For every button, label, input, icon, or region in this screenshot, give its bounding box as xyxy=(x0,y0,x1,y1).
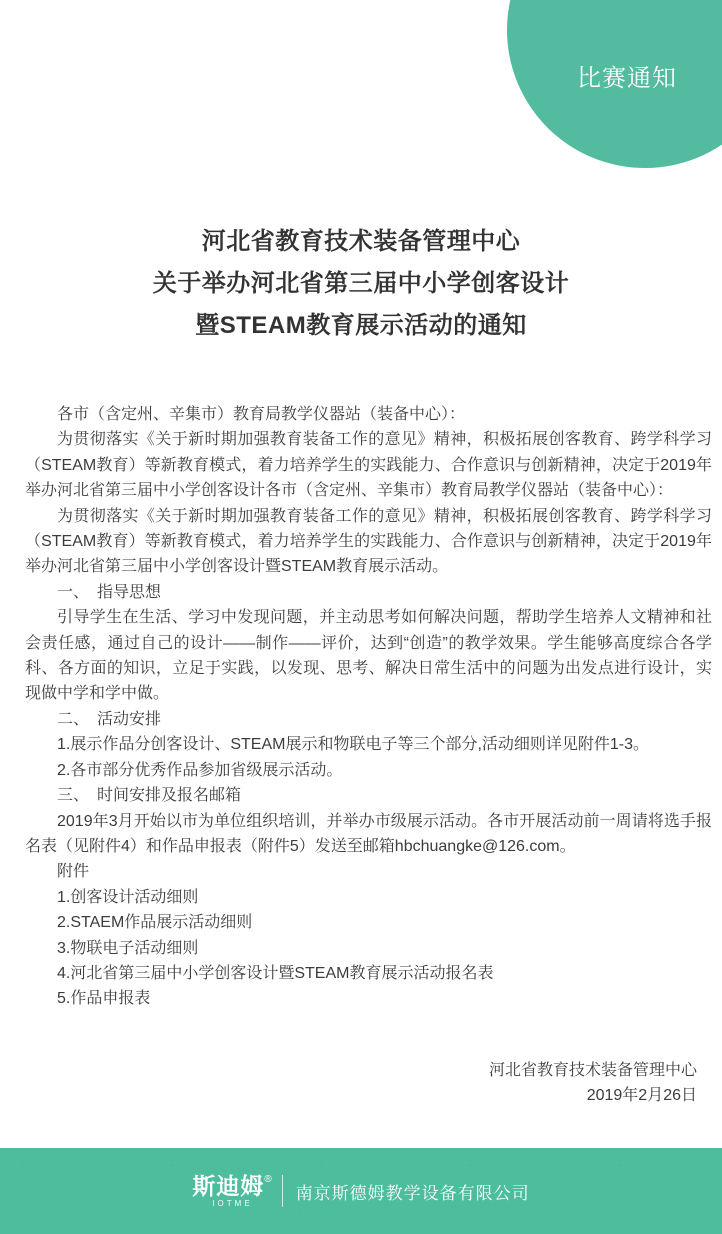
brand-name-text: 斯迪姆 xyxy=(192,1173,264,1199)
title-line-2: 关于举办河北省第三届中小学创客设计 xyxy=(0,263,722,305)
attachment-item: 1.创客设计活动细则 xyxy=(25,885,712,910)
badge-label: 比赛通知 xyxy=(507,58,722,93)
attachment-item: 4.河北省第三届中小学创客设计暨STEAM教育展示活动报名表 xyxy=(25,961,712,986)
brand-subtext: IOTME xyxy=(192,1199,272,1209)
salutation: 各市（含定州、辛集市）教育局教学仪器站（装备中心）： xyxy=(25,402,712,427)
footer-band: 斯迪姆® IOTME 南京斯德姆教学设备有限公司 xyxy=(0,1148,722,1234)
body-paragraph: 为贯彻落实《关于新时期加强教育装备工作的意见》精神，积极拓展创客教育、跨学科学习… xyxy=(25,427,712,503)
body-paragraph: 2019年3月开始以市为单位组织培训，并举办市级展示活动。各市开展活动前一周请将… xyxy=(25,809,712,860)
body-paragraph: 为贯彻落实《关于新时期加强教育装备工作的意见》精神，积极拓展创客教育、跨学科学习… xyxy=(25,504,712,580)
section-heading-3: 三、 时间安排及报名邮箱 xyxy=(25,783,712,808)
registered-trademark-symbol: ® xyxy=(264,1174,272,1185)
company-name: 南京斯德姆教学设备有限公司 xyxy=(296,1179,530,1204)
signature-org: 河北省教育技术装备管理中心 xyxy=(0,1058,697,1083)
section-heading-1: 一、 指导思想 xyxy=(25,580,712,605)
attachment-item: 2.STAEM作品展示活动细则 xyxy=(25,910,712,935)
attachments-label: 附件 xyxy=(25,859,712,884)
brand-logo: 斯迪姆® IOTME xyxy=(192,1175,272,1209)
document-body: 各市（含定州、辛集市）教育局教学仪器站（装备中心）： 为贯彻落实《关于新时期加强… xyxy=(0,402,722,1012)
document-title: 河北省教育技术装备管理中心 关于举办河北省第三届中小学创客设计 暨STEAM教育… xyxy=(0,221,722,347)
body-paragraph: 引导学生在生活、学习中发现问题，并主动思考如何解决问题，帮助学生培养人文精神和社… xyxy=(25,605,712,707)
section-heading-2: 二、 活动安排 xyxy=(25,707,712,732)
signature-block: 河北省教育技术装备管理中心 2019年2月26日 xyxy=(0,1058,722,1109)
footer-divider xyxy=(282,1175,283,1207)
signature-date: 2019年2月26日 xyxy=(0,1083,697,1108)
title-line-3: 暨STEAM教育展示活动的通知 xyxy=(0,305,722,347)
list-item: 1.展示作品分创客设计、STEAM展示和物联电子等三个部分,活动细则详见附件1-… xyxy=(25,732,712,757)
notice-page: 比赛通知 河北省教育技术装备管理中心 关于举办河北省第三届中小学创客设计 暨ST… xyxy=(0,0,722,1234)
list-item: 2.各市部分优秀作品参加省级展示活动。 xyxy=(25,758,712,783)
attachment-item: 3.物联电子活动细则 xyxy=(25,936,712,961)
attachment-item: 5.作品申报表 xyxy=(25,986,712,1011)
competition-notice-badge: 比赛通知 xyxy=(507,0,722,168)
title-line-1: 河北省教育技术装备管理中心 xyxy=(0,221,722,263)
brand-name: 斯迪姆® xyxy=(192,1175,272,1197)
